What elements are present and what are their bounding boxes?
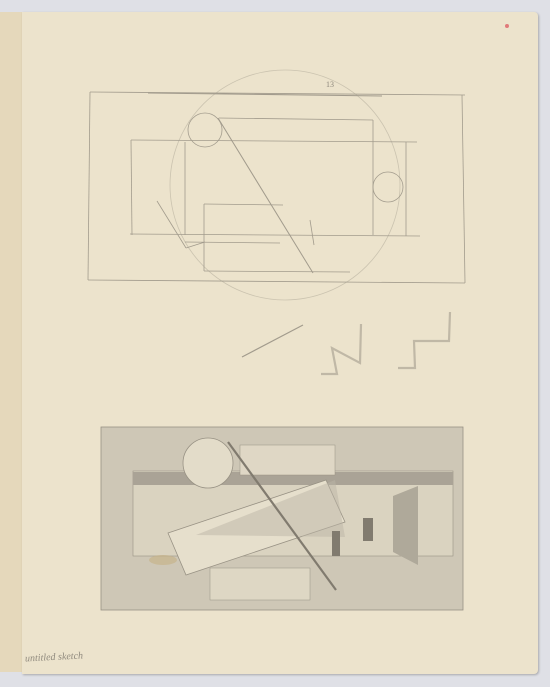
pencil-drawings [0,0,550,687]
page-number: 13 [326,80,334,89]
